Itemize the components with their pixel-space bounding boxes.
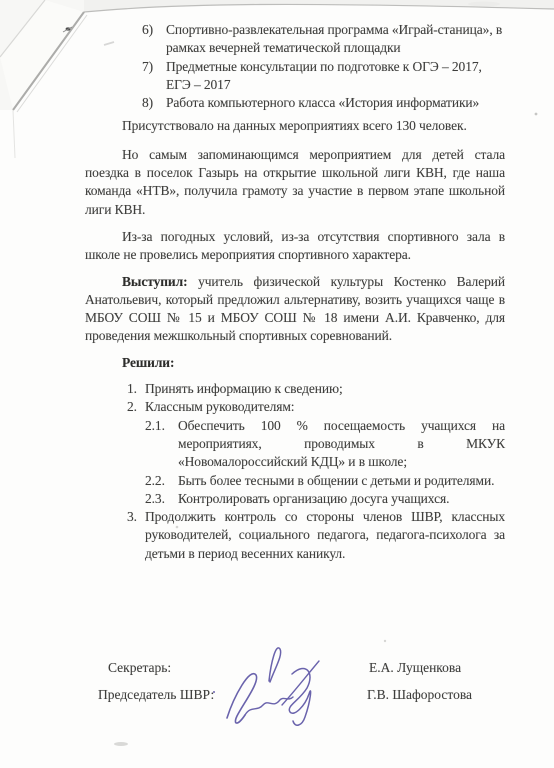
chair-name: Г.В. Шафоростова xyxy=(367,686,472,704)
handwritten-signature-icon xyxy=(212,634,330,752)
scanned-document-page: 6) Спортивно-развлекательная программа «… xyxy=(0,0,554,768)
chair-label: Председатель ШВР: xyxy=(98,686,214,704)
secretary-name: Е.А. Лущенкова xyxy=(369,659,461,677)
secretary-label: Секретарь: xyxy=(108,659,171,677)
